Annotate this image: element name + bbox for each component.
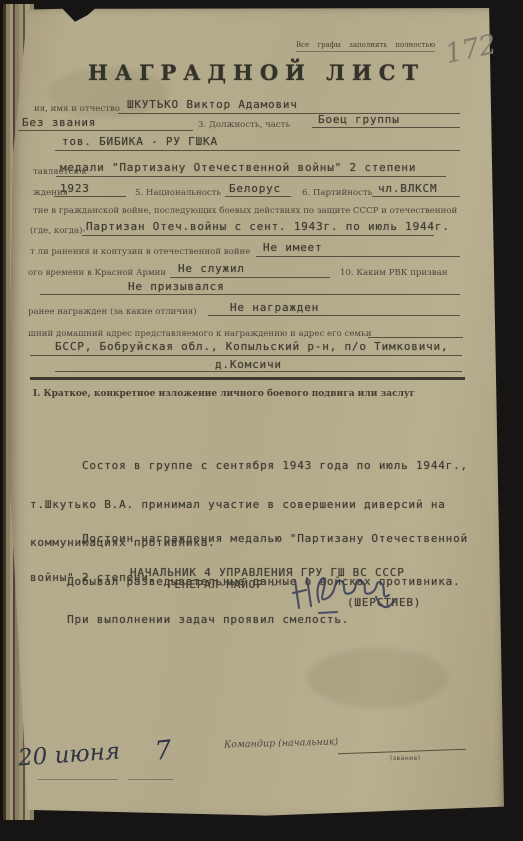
field-underline bbox=[208, 315, 460, 316]
field-underline bbox=[368, 337, 463, 338]
party-label: 6. Партийность bbox=[302, 188, 372, 198]
rank-field-value: Без звания bbox=[22, 116, 96, 129]
position-field-label: 3. Должность, часть bbox=[198, 120, 290, 130]
prior-awards-label: ранее награжден (за какие отличия) bbox=[28, 307, 197, 317]
handwritten-underline bbox=[38, 779, 118, 780]
handwritten-number: 7 bbox=[153, 735, 173, 767]
party-value: чл.ВЛКСМ bbox=[378, 182, 437, 195]
address-value-line1: БССР, Бобруйская обл., Копыльский р-н, п… bbox=[55, 340, 448, 353]
rvk-label: 10. Каким РВК призван bbox=[340, 268, 448, 278]
fill-note: Все графы заполнять полностью bbox=[296, 41, 435, 52]
field-underline bbox=[30, 355, 462, 356]
scanned-document-photo: Все графы заполнять полностью 172 НАГРАД… bbox=[0, 0, 523, 841]
merit-section-heading: I. Краткое, конкретное изложение личного… bbox=[33, 389, 415, 399]
field-underline bbox=[55, 150, 460, 151]
document-title: НАГРАДНОЙ ЛИСТ bbox=[88, 60, 425, 85]
signer-title-line2: ГЕНЕРАЛ-МАЙОР - bbox=[167, 578, 278, 591]
address-label: шний домашний адрес представляемого к на… bbox=[28, 329, 372, 339]
field-underline bbox=[312, 127, 460, 128]
prior-awards-value: Не награжден bbox=[230, 301, 319, 314]
name-field-label: ия, имя и отчество bbox=[34, 104, 120, 114]
award-field-value: медали "Партизану Отечественной войны" 2… bbox=[60, 161, 416, 174]
field-underline bbox=[18, 130, 193, 131]
name-field-value: ШКУТЬКО Виктор Адамович bbox=[127, 98, 298, 111]
section-divider bbox=[30, 377, 465, 380]
birth-year-value: 1923 bbox=[60, 182, 90, 195]
rvk-value: Не призывался bbox=[128, 280, 225, 293]
merit-text-line: Состоя в группе с сентября 1943 года по … bbox=[30, 460, 468, 473]
participation-value: Партизан Отеч.войны с сент. 1943г. по ию… bbox=[86, 220, 450, 233]
field-underline bbox=[372, 196, 460, 197]
field-underline bbox=[55, 371, 462, 372]
nationality-label: 5. Национальность bbox=[135, 188, 221, 198]
field-underline bbox=[170, 277, 330, 278]
handwritten-underline bbox=[128, 779, 173, 780]
unit-field-value: тов. БИБИКА - РУ ГШКА bbox=[62, 135, 218, 148]
field-underline bbox=[56, 176, 446, 177]
field-underline bbox=[54, 196, 126, 197]
field-underline bbox=[82, 235, 434, 236]
army-service-value: Не служил bbox=[178, 262, 245, 275]
participation-where-label: (где, когда)- bbox=[30, 226, 85, 236]
signer-surname: (ШЕРСТНЕВ) bbox=[347, 596, 421, 609]
nationality-value: Белорус bbox=[229, 182, 281, 195]
merit-text-line: Достоин награждения медалью "Партизану О… bbox=[30, 533, 468, 546]
paper-stain bbox=[308, 648, 448, 708]
participation-label: тие в гражданской войне, последующих бое… bbox=[33, 206, 457, 216]
field-underline bbox=[118, 113, 460, 114]
wounds-value: Не имеет bbox=[263, 241, 322, 254]
field-underline bbox=[225, 196, 291, 197]
address-value-line2: д.Комсичи bbox=[215, 358, 282, 371]
position-field-value: Боец группы bbox=[318, 113, 400, 126]
wounds-label: т ли ранения и контузии в отечественной … bbox=[30, 247, 250, 257]
field-underline bbox=[40, 294, 460, 295]
signature-ink-scrawl bbox=[288, 566, 403, 618]
rank-note-label: (звание) bbox=[390, 755, 421, 762]
field-underline bbox=[256, 256, 460, 257]
army-service-label: ого времени в Красной Армии bbox=[28, 268, 166, 278]
